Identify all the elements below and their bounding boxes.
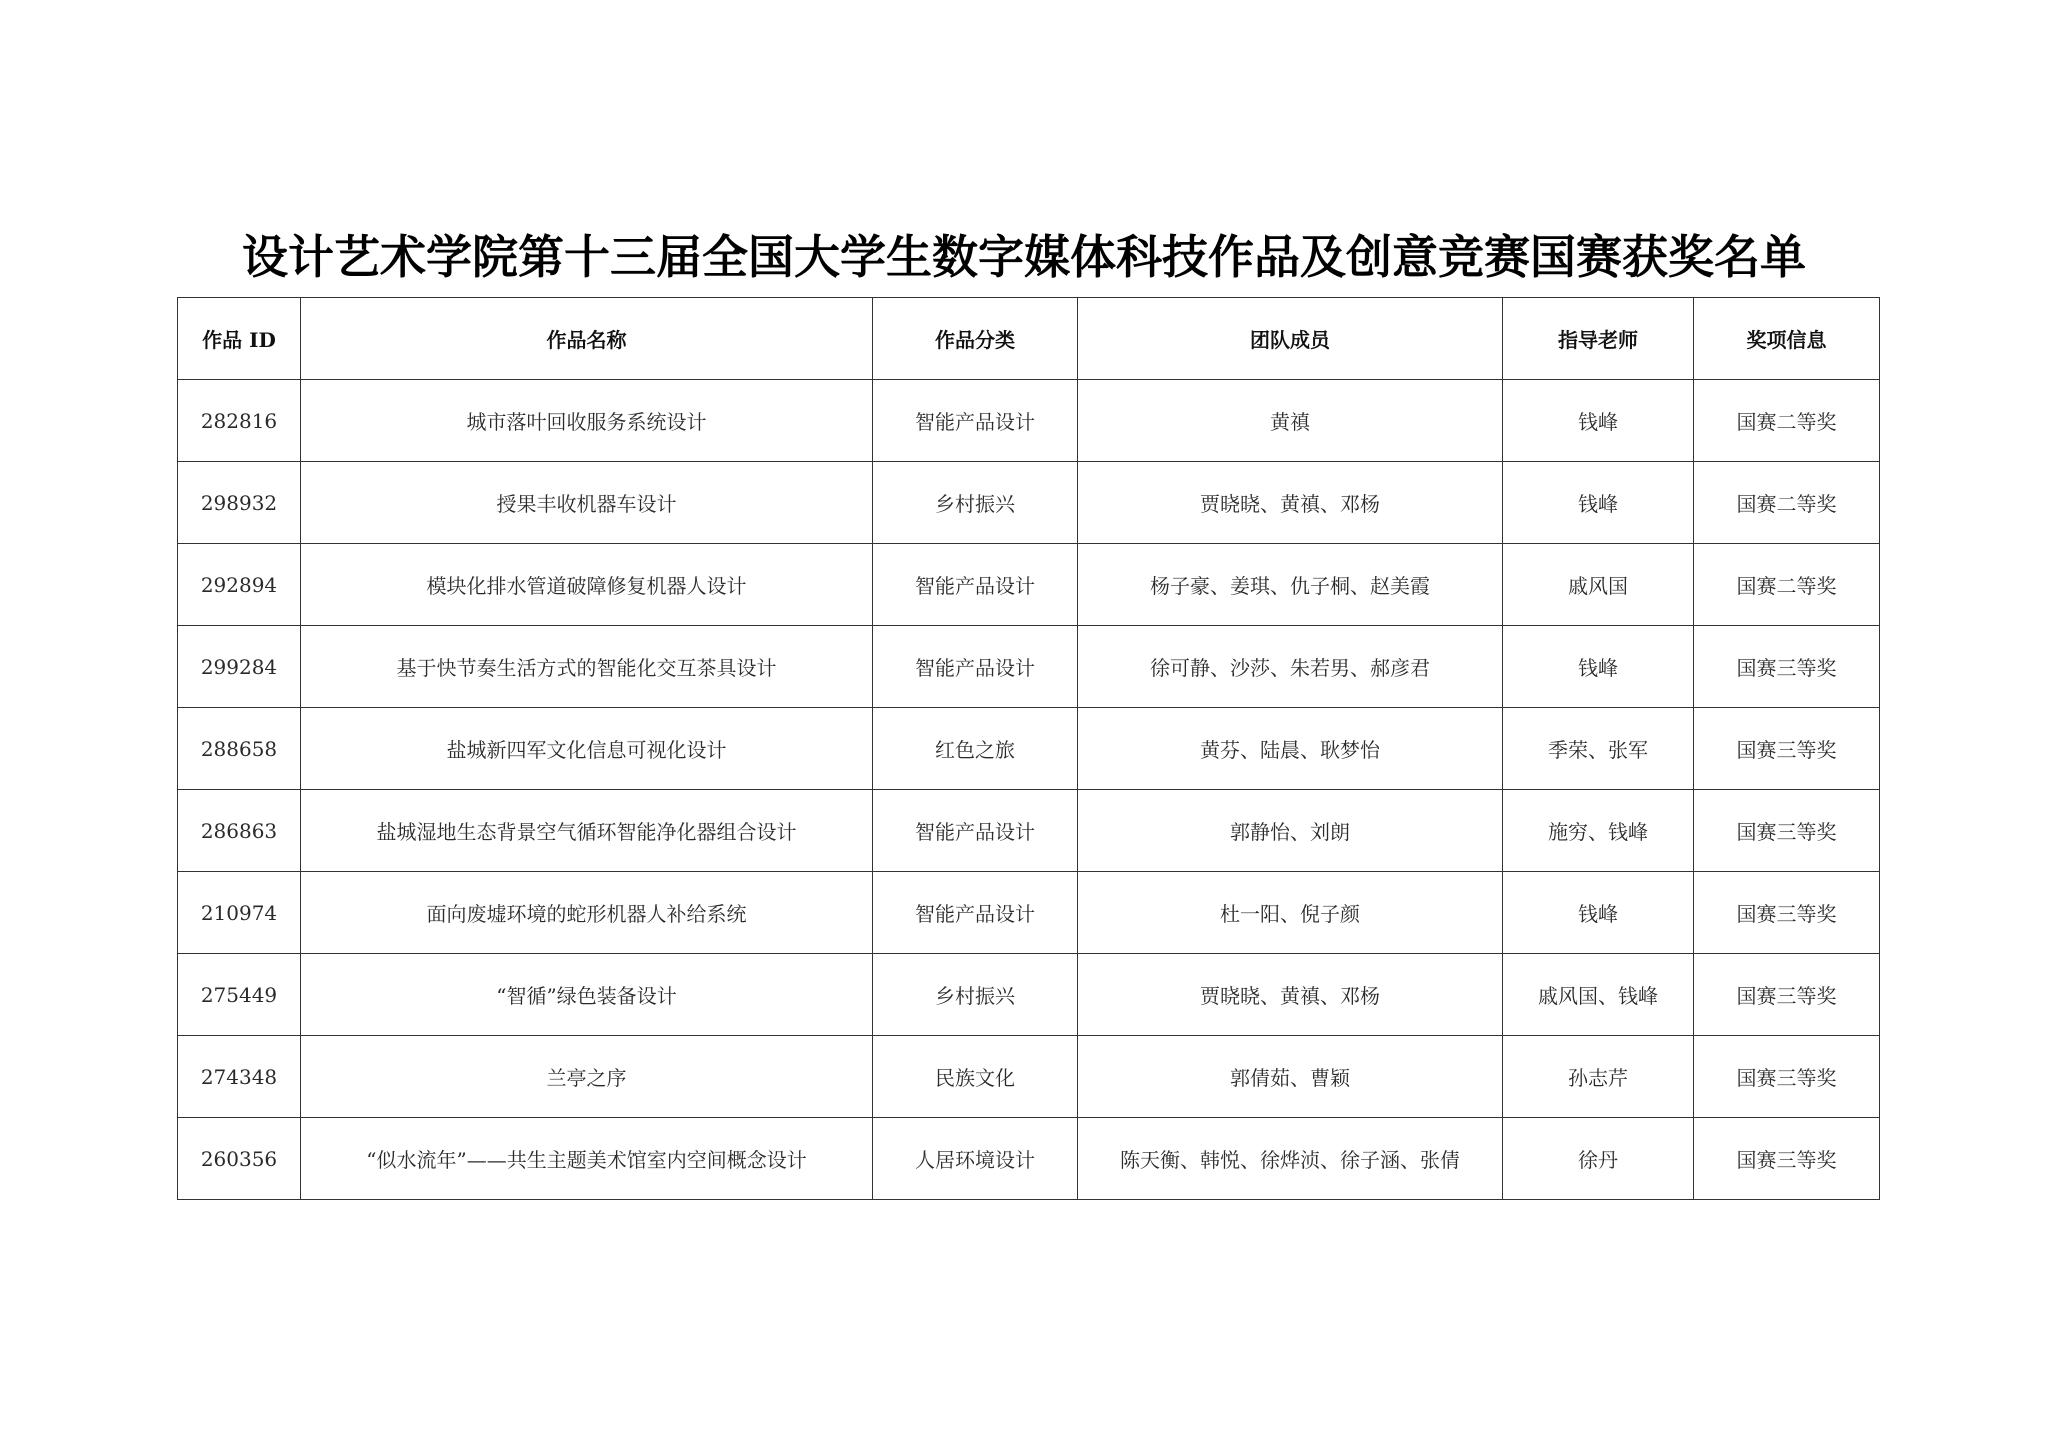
cell-award: 国赛二等奖 <box>1694 380 1880 462</box>
cell-team: 黄芬、陆晨、耿梦怡 <box>1078 708 1503 790</box>
cell-team: 贾晓晓、黄禛、邓杨 <box>1078 954 1503 1036</box>
table-row: 292894 模块化排水管道破障修复机器人设计 智能产品设计 杨子豪、姜琪、仇子… <box>178 544 1880 626</box>
cell-award: 国赛二等奖 <box>1694 462 1880 544</box>
cell-award: 国赛三等奖 <box>1694 954 1880 1036</box>
table-row: 274348 兰亭之序 民族文化 郭倩茹、曹颖 孙志芹 国赛三等奖 <box>178 1036 1880 1118</box>
cell-advisor: 孙志芹 <box>1503 1036 1694 1118</box>
table-row: 260356 “似水流年”——共生主题美术馆室内空间概念设计 人居环境设计 陈天… <box>178 1118 1880 1200</box>
header-name: 作品名称 <box>301 298 873 380</box>
header-advisor: 指导老师 <box>1503 298 1694 380</box>
cell-category: 红色之旅 <box>873 708 1078 790</box>
cell-id: 275449 <box>178 954 301 1036</box>
table-header-row: 作品 ID 作品名称 作品分类 团队成员 指导老师 奖项信息 <box>178 298 1880 380</box>
cell-award: 国赛三等奖 <box>1694 626 1880 708</box>
cell-award: 国赛三等奖 <box>1694 708 1880 790</box>
cell-advisor: 戚风国 <box>1503 544 1694 626</box>
cell-award: 国赛三等奖 <box>1694 1118 1880 1200</box>
cell-category: 乡村振兴 <box>873 954 1078 1036</box>
table-row: 298932 授果丰收机器车设计 乡村振兴 贾晓晓、黄禛、邓杨 钱峰 国赛二等奖 <box>178 462 1880 544</box>
cell-id: 286863 <box>178 790 301 872</box>
cell-advisor: 钱峰 <box>1503 872 1694 954</box>
cell-name: 兰亭之序 <box>301 1036 873 1118</box>
table-row: 299284 基于快节奏生活方式的智能化交互茶具设计 智能产品设计 徐可静、沙莎… <box>178 626 1880 708</box>
table-row: 282816 城市落叶回收服务系统设计 智能产品设计 黄禛 钱峰 国赛二等奖 <box>178 380 1880 462</box>
cell-id: 299284 <box>178 626 301 708</box>
cell-name: 面向废墟环境的蛇形机器人补给系统 <box>301 872 873 954</box>
cell-name: “智循”绿色装备设计 <box>301 954 873 1036</box>
cell-team: 黄禛 <box>1078 380 1503 462</box>
cell-category: 智能产品设计 <box>873 380 1078 462</box>
header-id: 作品 ID <box>178 298 301 380</box>
cell-id: 292894 <box>178 544 301 626</box>
cell-award: 国赛三等奖 <box>1694 1036 1880 1118</box>
cell-name: “似水流年”——共生主题美术馆室内空间概念设计 <box>301 1118 873 1200</box>
header-award: 奖项信息 <box>1694 298 1880 380</box>
cell-team: 郭静怡、刘朗 <box>1078 790 1503 872</box>
header-category: 作品分类 <box>873 298 1078 380</box>
cell-team: 郭倩茹、曹颖 <box>1078 1036 1503 1118</box>
cell-advisor: 施穷、钱峰 <box>1503 790 1694 872</box>
table-row: 286863 盐城湿地生态背景空气循环智能净化器组合设计 智能产品设计 郭静怡、… <box>178 790 1880 872</box>
cell-award: 国赛二等奖 <box>1694 544 1880 626</box>
cell-name: 模块化排水管道破障修复机器人设计 <box>301 544 873 626</box>
document-title: 设计艺术学院第十三届全国大学生数字媒体科技作品及创意竞赛国赛获奖名单 <box>0 222 2048 292</box>
cell-team: 贾晓晓、黄禛、邓杨 <box>1078 462 1503 544</box>
cell-name: 基于快节奏生活方式的智能化交互茶具设计 <box>301 626 873 708</box>
cell-category: 智能产品设计 <box>873 790 1078 872</box>
cell-id: 274348 <box>178 1036 301 1118</box>
cell-advisor: 钱峰 <box>1503 462 1694 544</box>
table-row: 288658 盐城新四军文化信息可视化设计 红色之旅 黄芬、陆晨、耿梦怡 季荣、… <box>178 708 1880 790</box>
table-row: 275449 “智循”绿色装备设计 乡村振兴 贾晓晓、黄禛、邓杨 戚风国、钱峰 … <box>178 954 1880 1036</box>
cell-team: 陈天衡、韩悦、徐烨浈、徐子涵、张倩 <box>1078 1118 1503 1200</box>
cell-category: 乡村振兴 <box>873 462 1078 544</box>
cell-name: 城市落叶回收服务系统设计 <box>301 380 873 462</box>
cell-id: 298932 <box>178 462 301 544</box>
cell-team: 杜一阳、倪子颜 <box>1078 872 1503 954</box>
cell-category: 民族文化 <box>873 1036 1078 1118</box>
cell-award: 国赛三等奖 <box>1694 790 1880 872</box>
cell-id: 260356 <box>178 1118 301 1200</box>
cell-advisor: 徐丹 <box>1503 1118 1694 1200</box>
cell-advisor: 钱峰 <box>1503 626 1694 708</box>
cell-category: 智能产品设计 <box>873 626 1078 708</box>
cell-name: 授果丰收机器车设计 <box>301 462 873 544</box>
cell-advisor: 戚风国、钱峰 <box>1503 954 1694 1036</box>
cell-name: 盐城湿地生态背景空气循环智能净化器组合设计 <box>301 790 873 872</box>
cell-id: 288658 <box>178 708 301 790</box>
cell-category: 智能产品设计 <box>873 872 1078 954</box>
cell-team: 杨子豪、姜琪、仇子桐、赵美霞 <box>1078 544 1503 626</box>
cell-team: 徐可静、沙莎、朱若男、郝彦君 <box>1078 626 1503 708</box>
awards-table: 作品 ID 作品名称 作品分类 团队成员 指导老师 奖项信息 282816 城市… <box>177 297 1880 1200</box>
table-row: 210974 面向废墟环境的蛇形机器人补给系统 智能产品设计 杜一阳、倪子颜 钱… <box>178 872 1880 954</box>
cell-award: 国赛三等奖 <box>1694 872 1880 954</box>
cell-id: 282816 <box>178 380 301 462</box>
cell-category: 人居环境设计 <box>873 1118 1078 1200</box>
cell-advisor: 钱峰 <box>1503 380 1694 462</box>
header-team: 团队成员 <box>1078 298 1503 380</box>
cell-category: 智能产品设计 <box>873 544 1078 626</box>
cell-name: 盐城新四军文化信息可视化设计 <box>301 708 873 790</box>
cell-advisor: 季荣、张军 <box>1503 708 1694 790</box>
cell-id: 210974 <box>178 872 301 954</box>
